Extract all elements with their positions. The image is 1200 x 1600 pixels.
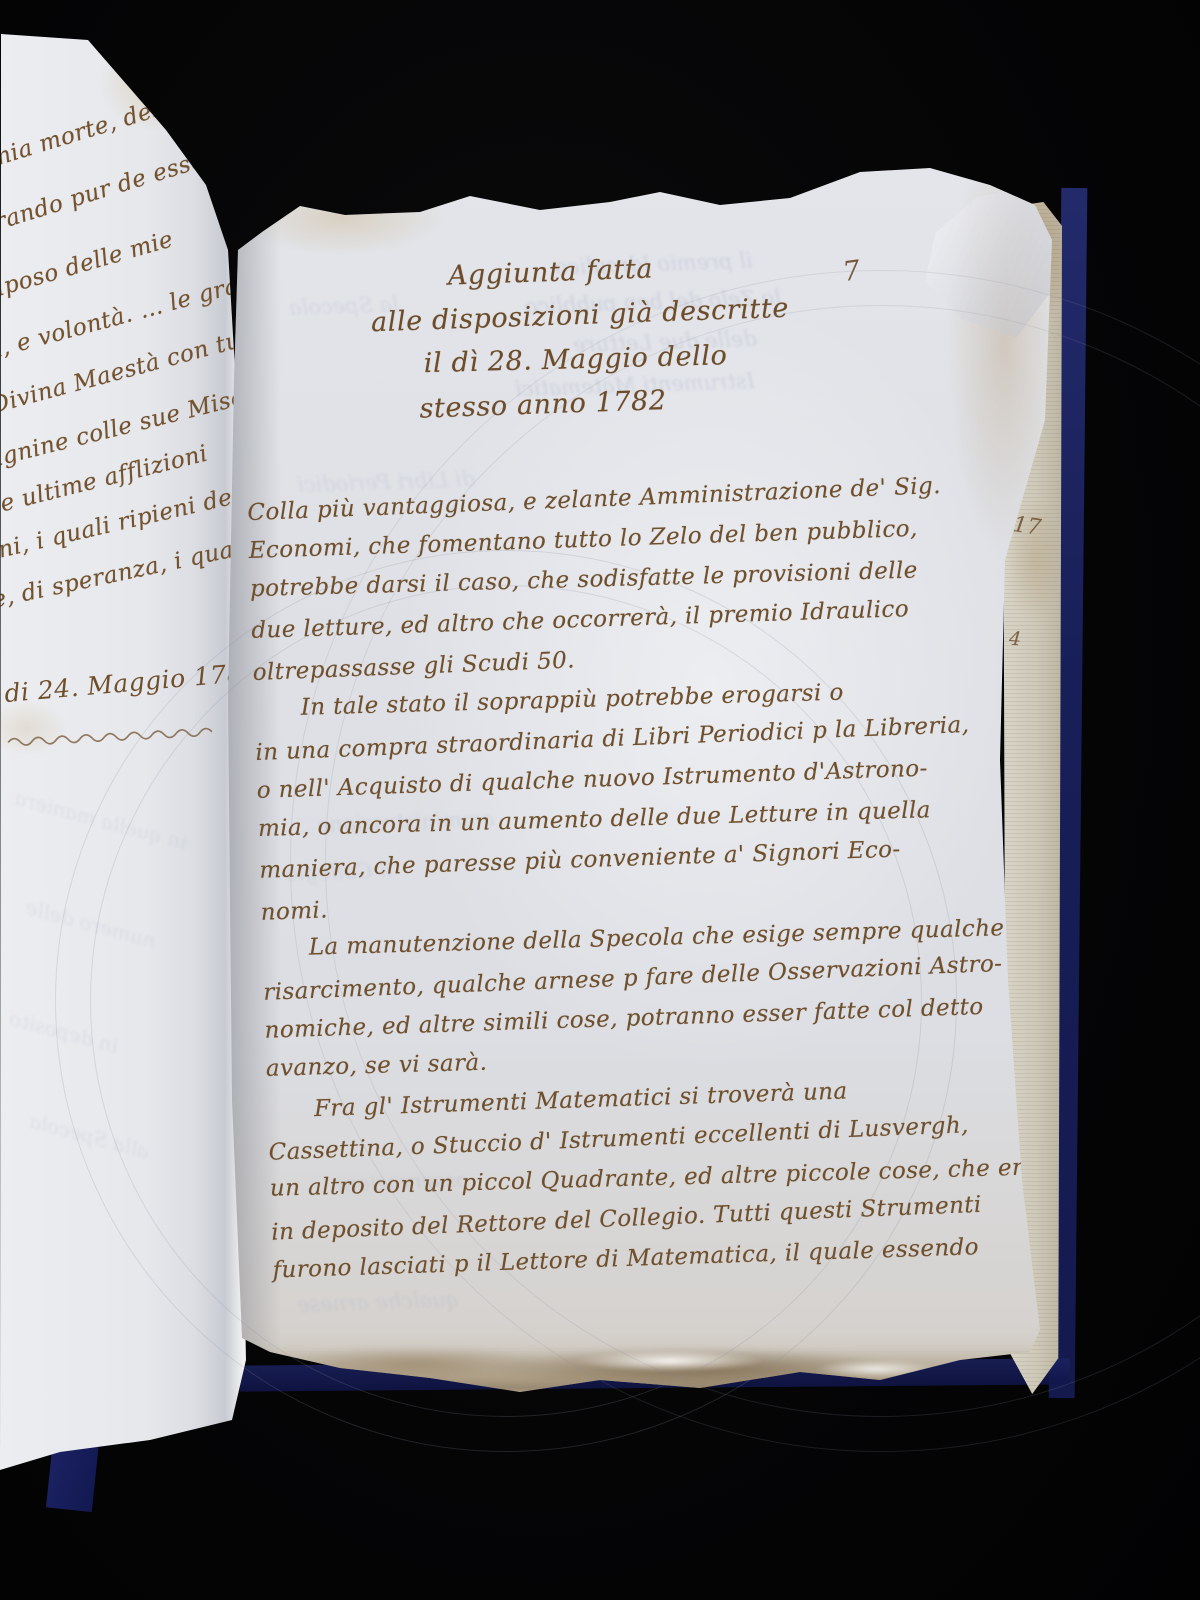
manuscript-photograph: 17 4 mia morte, destinando erando pur de… <box>0 0 1200 1600</box>
left-page-text-fragment: riposo delle mie <box>0 226 176 305</box>
left-page-text-fragment: mia morte, destinando <box>0 68 255 173</box>
